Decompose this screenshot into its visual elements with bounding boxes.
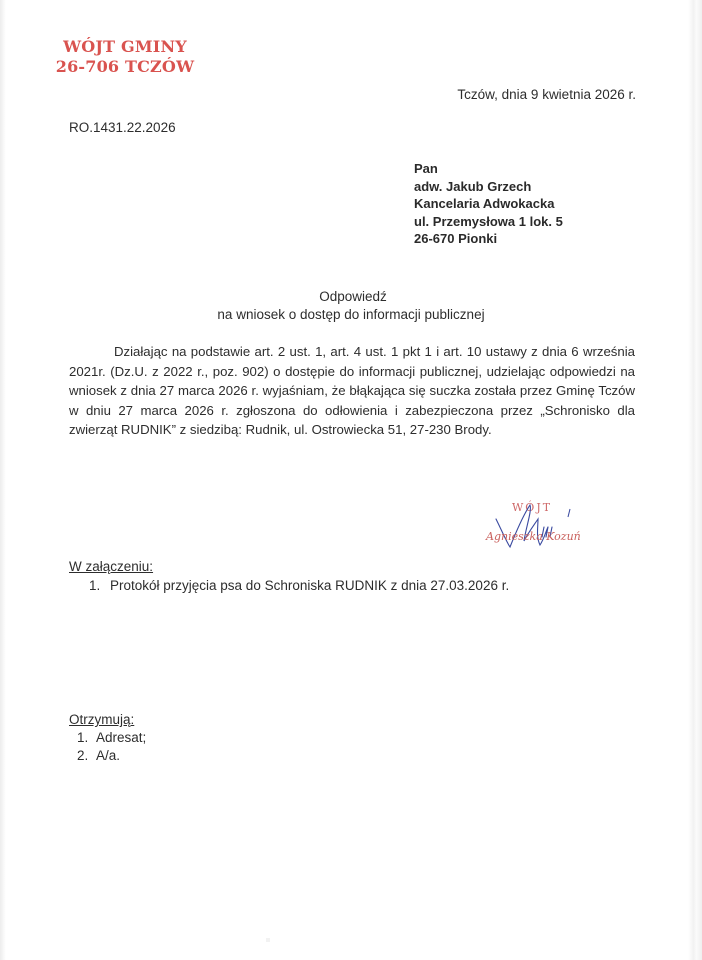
recipient-item-number: 2. [77, 747, 96, 765]
reference-number: RO.1431.22.2026 [69, 120, 176, 135]
stamp-line-1: WÓJT GMINY [55, 37, 195, 57]
scan-artifact [266, 938, 270, 942]
attachments-heading: W załączeniu: [69, 557, 509, 576]
signature-stamp: WÓJT Agnieszka Kozuń [482, 497, 592, 552]
scan-edge-right [688, 0, 702, 960]
place-date: Tczów, dnia 9 kwietnia 2026 r. [457, 87, 636, 102]
recipient-item: 2.A/a. [69, 747, 146, 765]
stamp-line-2: 26-706 TCZÓW [55, 57, 195, 77]
recipient-address: Pan adw. Jakub Grzech Kancelaria Adwokac… [414, 160, 563, 248]
attachment-text: Protokół przyjęcia psa do Schroniska RUD… [110, 578, 509, 593]
signature-name: Agnieszka Kozuń [486, 530, 581, 543]
recipient-firm: Kancelaria Adwokacka [414, 195, 563, 213]
letter-body: Działając na podstawie art. 2 ust. 1, ar… [69, 342, 635, 440]
attachment-item: 1.Protokół przyjęcia psa do Schroniska R… [69, 576, 509, 595]
recipient-city: 26-670 Pionki [414, 230, 563, 248]
letter-subject: Odpowiedź na wniosek o dostęp do informa… [0, 288, 702, 324]
subject-title: Odpowiedź [0, 288, 702, 306]
subject-subtitle: na wniosek o dostęp do informacji public… [0, 306, 702, 324]
attachments-section: W załączeniu: 1.Protokół przyjęcia psa d… [69, 557, 509, 595]
recipient-street: ul. Przemysłowa 1 lok. 5 [414, 213, 563, 231]
recipients-heading: Otrzymują: [69, 710, 146, 729]
recipient-item-number: 1. [77, 729, 96, 747]
recipient-item-text: A/a. [96, 748, 120, 763]
scan-edge-left [0, 0, 6, 960]
recipient-item: 1.Adresat; [69, 729, 146, 747]
attachment-number: 1. [89, 576, 110, 595]
recipient-name: adw. Jakub Grzech [414, 178, 563, 196]
recipient-item-text: Adresat; [96, 730, 146, 745]
office-stamp: WÓJT GMINY 26-706 TCZÓW [55, 37, 195, 77]
handwritten-signature-icon [482, 497, 592, 552]
recipients-section: Otrzymują: 1.Adresat; 2.A/a. [69, 710, 146, 765]
recipient-salutation: Pan [414, 160, 563, 178]
